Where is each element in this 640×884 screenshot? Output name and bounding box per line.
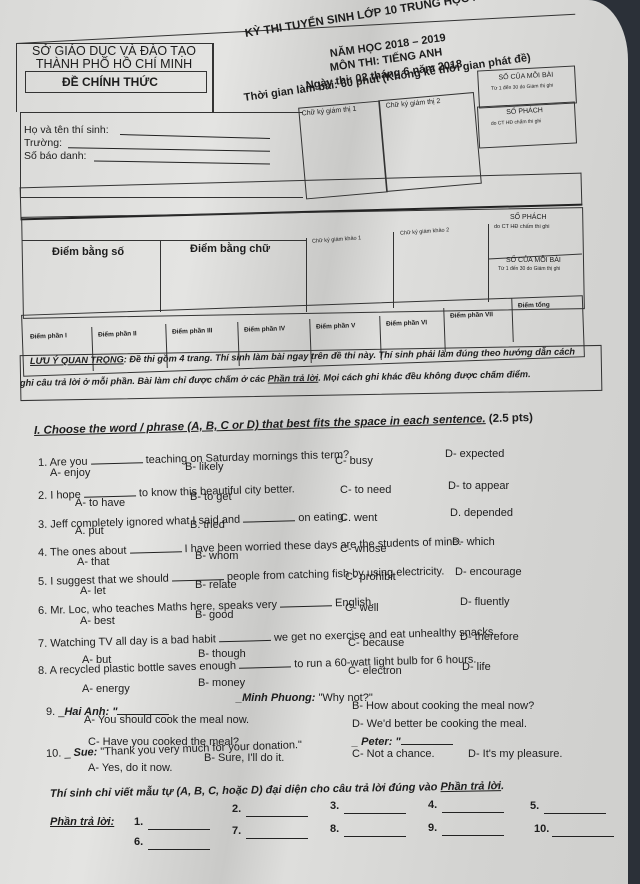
question-number: 2. (38, 490, 51, 502)
option-b[interactable]: B- whom (195, 550, 238, 562)
answer-number: 4. (428, 799, 437, 811)
reply-text: _ Peter: " (352, 734, 453, 748)
notice-link: Phần trả lời (268, 373, 319, 384)
score-words-label: Điểm bằng chữ (190, 243, 270, 255)
option-b[interactable]: B- Sure, I'll do it. (204, 752, 284, 764)
answer-field[interactable] (148, 828, 210, 830)
score-divider-2 (306, 238, 307, 312)
option-d[interactable]: D- encourage (455, 566, 522, 578)
option-c[interactable]: C- prohibit (345, 571, 396, 583)
section1-heading: I. Choose the word / phrase (A, B, C or … (34, 412, 533, 437)
option-b[interactable]: B. tried (190, 519, 225, 531)
answer-number: 10. (534, 823, 549, 835)
part-score-header: Điểm phần VII (450, 311, 493, 319)
header-divider (212, 43, 213, 113)
part-score-header: Điểm phần IV (244, 325, 285, 333)
option-a[interactable]: A- let (80, 585, 106, 597)
part-score-header: Điểm phần VI (386, 319, 427, 327)
answer-blank (280, 595, 332, 607)
question-number: 9. _ (46, 706, 64, 718)
code-box: SỐ PHÁCH do CT HĐ chấm thi ghi (477, 101, 577, 148)
question-number: 5. (38, 576, 51, 588)
question-number: 10. _ (46, 747, 74, 760)
paper-number-note: Từ 1 đến 30 do Giám thị ghi (491, 83, 554, 92)
answer-number: 6. (134, 836, 143, 848)
score-code-note: do CT HĐ chấm thi ghi (494, 224, 550, 230)
id-label: Số báo danh: (24, 150, 86, 162)
question-text: 7. Watching TV all day is a bad habit we… (38, 624, 497, 650)
option-b[interactable]: B- likely (185, 461, 224, 473)
option-b[interactable]: B- money (198, 677, 245, 689)
exam-paper: SỞ GIÁO DỤC VÀ ĐÀO TẠO THÀNH PHỐ HỒ CHÍ … (0, 0, 628, 884)
answer-blank (239, 656, 291, 668)
proctor2-label: Chữ ký giám thị 2 (385, 98, 440, 110)
option-a[interactable]: A- that (77, 556, 109, 568)
question-number: 7. (38, 638, 51, 650)
option-a[interactable]: A- enjoy (50, 467, 90, 479)
option-d[interactable]: D- to appear (448, 480, 509, 492)
question-before: Watching TV all day is a bad habit (50, 633, 219, 649)
score-header-line (22, 240, 306, 241)
instruction-text: Thí sinh chỉ viết mẫu tự (A, B, C, hoặc … (50, 781, 438, 800)
answer-number: 1. (134, 816, 143, 828)
score-divider-1 (160, 240, 161, 312)
answer-blank (401, 734, 453, 745)
answer-label: Phần trả lời: (50, 816, 114, 828)
answer-field[interactable] (442, 834, 504, 836)
notice-label: LƯU Ý QUAN TRỌNG (30, 354, 124, 366)
exam-title: KỲ THI TUYỂN SINH LỚP 10 TRUNG HỌC PHỔ T… (244, 0, 542, 40)
section1-points: (2.5 pts) (489, 412, 533, 425)
answer-blank (84, 485, 136, 497)
code-note: do CT HĐ chấm thi ghi (491, 118, 542, 127)
question-number: 1. (38, 457, 50, 469)
option-b[interactable]: B- good (195, 609, 234, 621)
code-title: SỐ PHÁCH (506, 107, 543, 116)
answer-field[interactable] (246, 837, 308, 839)
instruction-link: Phần trả lời (440, 780, 501, 793)
part-score-header: Điểm phần V (316, 322, 356, 330)
score-paper-number-title: SỐ CỦA MỖI BÀI (506, 257, 561, 264)
option-d[interactable]: D- expected (445, 448, 504, 460)
question-number: 4. (38, 547, 50, 559)
answer-field[interactable] (344, 812, 406, 814)
option-b[interactable]: B- to get (190, 491, 232, 503)
option-d[interactable]: D- It's my pleasure. (468, 748, 562, 760)
answer-number: 7. (232, 825, 241, 837)
option-c[interactable]: C- busy (335, 455, 373, 467)
department-line1: SỞ GIÁO DỤC VÀ ĐÀO TẠO (14, 44, 214, 58)
question-after: on eating. (295, 511, 347, 524)
option-c[interactable]: C- electron (348, 665, 402, 677)
department-line2: THÀNH PHỐ HỒ CHÍ MINH (14, 57, 214, 71)
answer-field[interactable] (148, 848, 210, 850)
option-b[interactable]: B- How about cooking the meal now? (352, 700, 534, 712)
part-score-header: Điểm phần II (98, 330, 137, 338)
answer-number: 2. (232, 803, 241, 815)
option-a[interactable]: A. put (75, 525, 104, 537)
question-before: A recycled plastic bottle saves enough (49, 660, 239, 677)
option-c[interactable]: C- because (348, 637, 404, 649)
score-divider-3 (393, 232, 394, 308)
question-number: 3. (38, 519, 51, 531)
option-d[interactable]: D- We'd better be cooking the meal. (352, 718, 527, 730)
answer-number: 8. (330, 823, 339, 835)
question-number: 6. (38, 605, 51, 617)
option-c[interactable]: C- Not a chance. (352, 748, 435, 760)
answer-blank (129, 541, 181, 553)
option-a[interactable]: A- best (80, 615, 115, 627)
answer-blank (219, 630, 271, 642)
score-divider-4 (488, 224, 489, 302)
option-c[interactable]: C- well (345, 602, 379, 614)
section1-title: I. Choose the word / phrase (A, B, C or … (34, 413, 486, 437)
answer-field[interactable] (344, 835, 406, 837)
option-d[interactable]: D- fluently (460, 596, 510, 608)
answer-number: 3. (330, 800, 339, 812)
option-a[interactable]: A- energy (82, 683, 130, 695)
part-score-header: Điểm phần III (172, 327, 213, 335)
answer-field[interactable] (552, 835, 614, 837)
option-a[interactable]: A- Yes, do it now. (88, 762, 172, 774)
answer-field[interactable] (544, 812, 606, 814)
option-c[interactable]: C- to need (340, 484, 391, 496)
answer-field[interactable] (442, 811, 504, 813)
answer-number: 5. (530, 800, 539, 812)
speaker-2: _ Peter: " (352, 736, 401, 748)
option-d[interactable]: D- which (452, 536, 495, 548)
proctor1-label: Chữ ký giám thị 1 (301, 106, 356, 118)
question-before: Mr. Loc, who teaches Maths here, speaks … (50, 599, 280, 617)
option-b[interactable]: B- relate (195, 579, 237, 591)
part-score-header: Điểm phần I (30, 332, 67, 340)
part-score-header: Điểm tổng (518, 301, 550, 309)
option-d[interactable]: D- life (462, 661, 491, 673)
question-after: people from catching fish by using elect… (224, 565, 445, 583)
paper-number-title: SỐ CỦA MỖI BÀI (498, 72, 553, 82)
score-code-title: SỐ PHÁCH (510, 214, 547, 221)
official-label: ĐỀ CHÍNH THỨC (62, 75, 158, 89)
answer-number: 9. (428, 822, 437, 834)
score-paper-number-note: Từ 1 đến 30 do Giám thị ghi (498, 266, 560, 272)
speaker-2: _Minh Phuong: (236, 692, 318, 704)
option-c[interactable]: C. went (340, 512, 377, 524)
answer-instruction: Thí sinh chỉ viết mẫu tự (A, B, C, hoặc … (50, 780, 504, 800)
option-c[interactable]: C- whose (340, 543, 386, 555)
score-number-label: Điểm bằng số (52, 246, 124, 258)
speaker-1: Sue: (73, 746, 100, 759)
answer-blank (90, 452, 142, 464)
option-d[interactable]: D- therefore (460, 631, 519, 643)
option-a[interactable]: A- to have (75, 497, 125, 509)
question-number: 8. (38, 665, 50, 677)
school-label: Trường: (24, 137, 62, 149)
answer-field[interactable] (246, 815, 308, 817)
option-a[interactable]: A- You should cook the meal now. (84, 714, 249, 726)
answer-blank (243, 510, 295, 522)
question-after: teaching on Saturday mornings this term? (142, 449, 349, 466)
name-label: Họ và tên thí sinh: (24, 124, 109, 136)
option-d[interactable]: D. depended (450, 507, 513, 519)
question-before: I suggest that we should (50, 572, 172, 587)
